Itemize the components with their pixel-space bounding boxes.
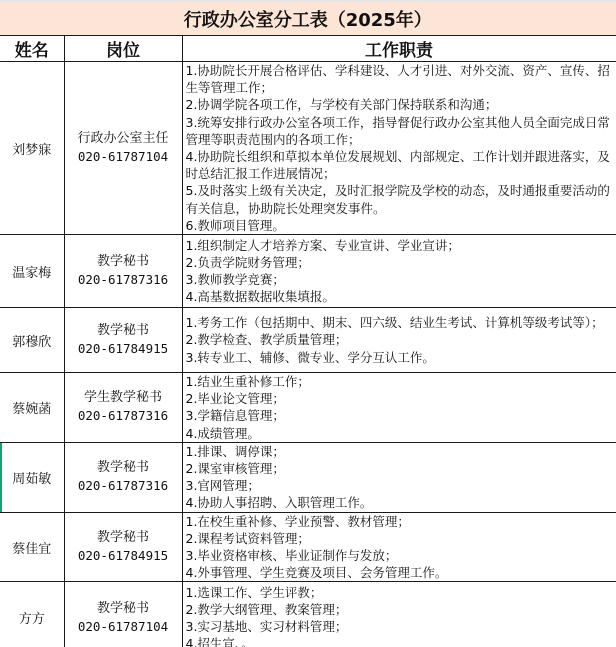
duties-cell[interactable]: 1.组织制定人才培养方案、专业宣讲、学业宣讲； 2.负责学院财务管理； 3.教师…	[182, 235, 616, 308]
duty-item: 3.转专业工、辅修、微专业、学分互认工作。	[186, 349, 614, 366]
phone-number: 020-61787104	[65, 148, 182, 166]
duty-item: 4.高基数据数据收集填报。	[186, 288, 614, 305]
header-row: 姓名 岗位 工作职责	[0, 36, 616, 62]
duty-item: 2.毕业论文管理；	[186, 390, 614, 407]
sheet-title[interactable]: 行政办公室分工表（2025年）	[0, 2, 616, 36]
phone-number: 020-61787316	[65, 271, 182, 289]
duty-item: 4.招生宣、。	[186, 635, 614, 647]
table-row: 方方 教学秘书 020-61787104 1.选课工作、学生评教； 2.教学大纲…	[0, 582, 616, 647]
table-row: 周茹敏 教学秘书 020-61787316 1.排课、调停课； 2.课室审核管理…	[0, 442, 616, 512]
duty-item: 1.组织制定人才培养方案、专业宣讲、学业宣讲；	[186, 237, 614, 254]
position-title: 教学秘书	[65, 529, 182, 547]
position-title: 教学秘书	[65, 253, 182, 271]
duty-item: 3.毕业资格审核、毕业证制作与发放；	[186, 547, 614, 564]
table-row: 温家梅 教学秘书 020-61787316 1.组织制定人才培养方案、专业宣讲、…	[0, 235, 616, 308]
position-title: 学生教学秘书	[65, 389, 182, 407]
name-cell[interactable]: 温家梅	[0, 235, 64, 308]
duty-item: 1.考务工作（包括期中、期末、四六级、结业生考试、计算机等级考试等）；	[186, 314, 614, 331]
duty-item: 3.统筹安排行政办公室各项工作，指导督促行政办公室其他人员全面完成日常管理等职责…	[186, 114, 614, 148]
duty-item: 1.选课工作、学生评教；	[186, 584, 614, 601]
position-title: 教学秘书	[65, 322, 182, 340]
duty-item: 3.学籍信息管理；	[186, 407, 614, 424]
duty-item: 1.协助院长开展合格评估、学科建设、人才引进、对外交流、资产、宣传、招生等管理工…	[186, 62, 614, 96]
duty-item: 1.结业生重补修工作；	[186, 373, 614, 390]
duty-item: 1.排课、调停课；	[186, 443, 614, 460]
phone-number: 020-61787316	[65, 407, 182, 425]
duties-cell[interactable]: 1.协助院长开展合格评估、学科建设、人才引进、对外交流、资产、宣传、招生等管理工…	[182, 62, 616, 235]
header-duties[interactable]: 工作职责	[182, 36, 616, 62]
position-cell[interactable]: 教学秘书 020-61787316	[64, 442, 182, 512]
name-cell[interactable]: 方方	[0, 582, 64, 647]
header-position[interactable]: 岗位	[64, 36, 182, 62]
position-cell[interactable]: 学生教学秘书 020-61787316	[64, 373, 182, 443]
duty-item: 3.教师教学竞赛；	[186, 271, 614, 288]
duties-cell[interactable]: 1.在校生重补修、学业预警、教材管理； 2.课程考试资料管理； 3.毕业资格审核…	[182, 512, 616, 582]
phone-number: 020-61787316	[65, 477, 182, 495]
position-cell[interactable]: 教学秘书 020-61784915	[64, 308, 182, 373]
position-title: 教学秘书	[65, 600, 182, 618]
duty-item: 6.教师项目管理。	[186, 217, 614, 234]
position-cell[interactable]: 教学秘书 020-61784915	[64, 512, 182, 582]
table-row: 蔡佳宜 教学秘书 020-61784915 1.在校生重补修、学业预警、教材管理…	[0, 512, 616, 582]
duties-cell[interactable]: 1.选课工作、学生评教； 2.教学大纲管理、教案管理； 3.实习基地、实习材料管…	[182, 582, 616, 647]
title-row: 行政办公室分工表（2025年）	[0, 2, 616, 36]
duty-item: 2.负责学院财务管理；	[186, 254, 614, 271]
position-cell[interactable]: 教学秘书 020-61787316	[64, 235, 182, 308]
division-of-work-table: 行政办公室分工表（2025年） 姓名 岗位 工作职责 刘梦寐 行政办公室主任 0…	[0, 2, 616, 647]
position-cell[interactable]: 行政办公室主任 020-61787104	[64, 62, 182, 235]
table-row: 蔡婉菡 学生教学秘书 020-61787316 1.结业生重补修工作； 2.毕业…	[0, 373, 616, 443]
position-title: 行政办公室主任	[65, 130, 182, 148]
duty-item: 3.官网管理；	[186, 477, 614, 494]
name-cell[interactable]: 刘梦寐	[0, 62, 64, 235]
duty-item: 2.课程考试资料管理；	[186, 530, 614, 547]
duties-cell[interactable]: 1.排课、调停课； 2.课室审核管理； 3.官网管理； 4.协助人事招聘、入职管…	[182, 442, 616, 512]
duty-item: 3.实习基地、实习材料管理；	[186, 618, 614, 635]
name-cell[interactable]: 蔡佳宜	[0, 512, 64, 582]
duty-item: 4.外事管理、学生竞赛及项目、会务管理工作。	[186, 564, 614, 581]
position-title: 教学秘书	[65, 459, 182, 477]
duty-item: 2.教学大纲管理、教案管理；	[186, 601, 614, 618]
duty-item: 2.课室审核管理；	[186, 460, 614, 477]
duty-item: 4.协助院长组织和草拟本单位发展规划、内部规定、工作计划并跟进落实，及时总结汇报…	[186, 148, 614, 182]
phone-number: 020-61784915	[65, 340, 182, 358]
duty-item: 1.在校生重补修、学业预警、教材管理；	[186, 513, 614, 530]
name-cell[interactable]: 蔡婉菡	[0, 373, 64, 443]
duty-item: 2.教学检查、教学质量管理；	[186, 331, 614, 348]
duties-cell[interactable]: 1.考务工作（包括期中、期末、四六级、结业生考试、计算机等级考试等）； 2.教学…	[182, 308, 616, 373]
phone-number: 020-61784915	[65, 547, 182, 565]
phone-number: 020-61787104	[65, 618, 182, 636]
duty-item: 4.成绩管理。	[186, 425, 614, 442]
position-cell[interactable]: 教学秘书 020-61787104	[64, 582, 182, 647]
name-cell-selected[interactable]: 周茹敏	[0, 442, 64, 512]
duty-item: 4.协助人事招聘、入职管理工作。	[186, 494, 614, 511]
header-name[interactable]: 姓名	[0, 36, 64, 62]
duties-cell[interactable]: 1.结业生重补修工作； 2.毕业论文管理； 3.学籍信息管理； 4.成绩管理。	[182, 373, 616, 443]
spreadsheet-sheet: 行政办公室分工表（2025年） 姓名 岗位 工作职责 刘梦寐 行政办公室主任 0…	[0, 2, 616, 647]
duty-item: 2.协调学院各项工作，与学校有关部门保持联系和沟通；	[186, 96, 614, 113]
table-row: 刘梦寐 行政办公室主任 020-61787104 1.协助院长开展合格评估、学科…	[0, 62, 616, 235]
table-row: 郭穆欣 教学秘书 020-61784915 1.考务工作（包括期中、期末、四六级…	[0, 308, 616, 373]
duty-item: 5.及时落实上级有关决定，及时汇报学院及学校的动态，及时通报重要活动的有关信息，…	[186, 182, 614, 216]
name-cell[interactable]: 郭穆欣	[0, 308, 64, 373]
